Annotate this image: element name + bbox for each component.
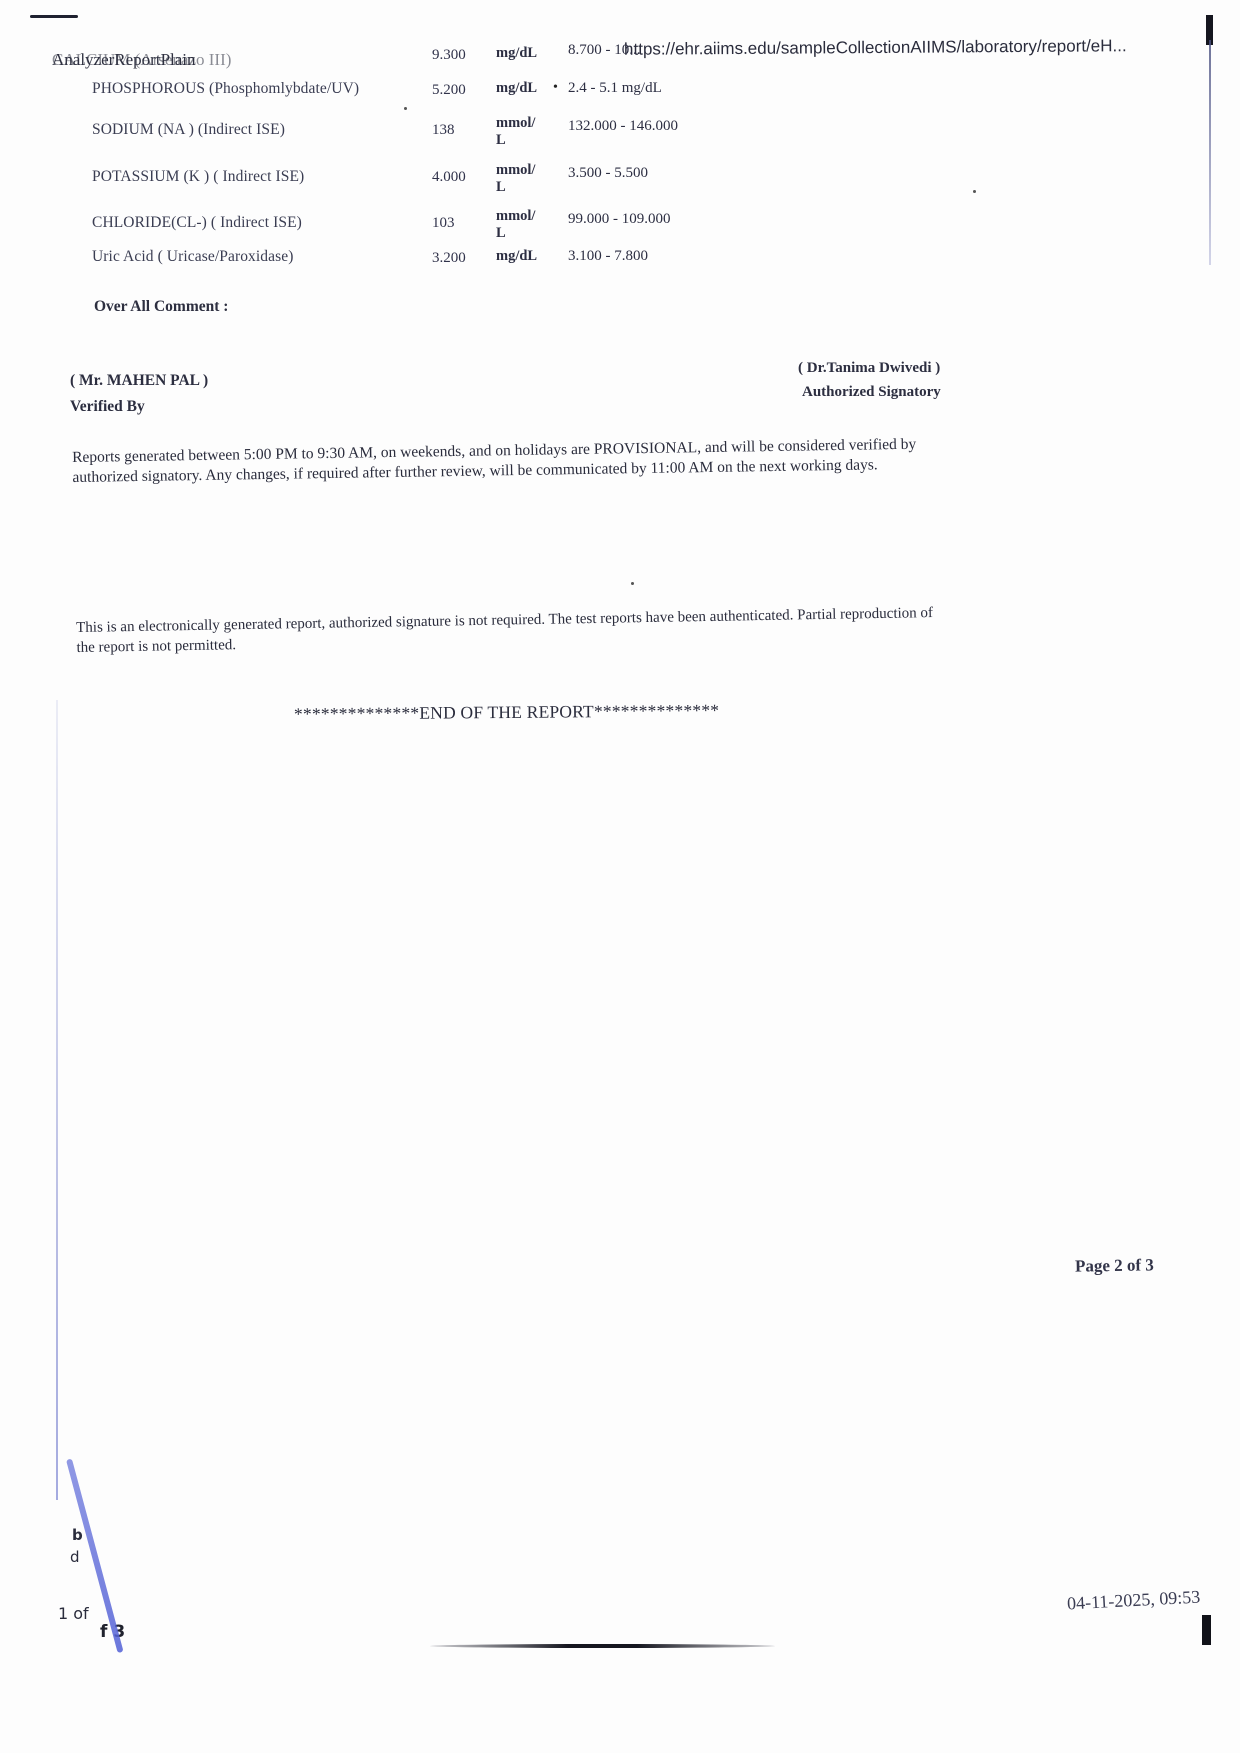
test-unit: mg/dL: [496, 45, 546, 62]
end-of-report-marker: **************END OF THE REPORT*********…: [294, 700, 719, 725]
test-unit: mmol/ L: [496, 115, 546, 149]
abnormal-flag-icon: •: [553, 80, 558, 96]
print-timestamp: 04-11-2025, 09:53: [1067, 1587, 1201, 1615]
test-name: POTASSIUM (K ) ( Indirect ISE): [92, 168, 304, 186]
reference-range: 3.100 - 7.800: [568, 248, 648, 265]
result-row: CHLORIDE(CL-) ( Indirect ISE)103mmol/ L9…: [0, 208, 1240, 248]
test-value: 138: [432, 122, 455, 139]
test-unit: mmol/ L: [496, 162, 546, 196]
underlying-page-fragment-d: d: [70, 1548, 80, 1566]
result-row: POTASSIUM (K ) ( Indirect ISE)4.000mmol/…: [0, 162, 1240, 202]
scan-edge-bottom-right: [1202, 1615, 1211, 1645]
test-name: PHOSPHOROUS (Phosphomlybdate/UV): [92, 80, 359, 98]
test-unit: mg/dL: [496, 80, 546, 97]
reference-range: 8.700 - 10...: [568, 42, 641, 59]
test-value: 5.200: [432, 82, 466, 99]
test-value: 103: [432, 215, 455, 232]
scan-speck: [631, 582, 634, 585]
reference-range: 3.500 - 5.500: [568, 165, 648, 182]
test-value: 4.000: [432, 169, 466, 186]
reference-range: 2.4 - 5.1 mg/dL: [568, 80, 662, 97]
overall-comment-label: Over All Comment :: [94, 298, 228, 316]
scan-speck: [404, 107, 407, 110]
test-name: Uric Acid ( Uricase/Paroxidase): [92, 248, 294, 266]
test-value: 3.200: [432, 250, 466, 267]
test-name: SODIUM (NA ) (Indirect ISE): [92, 121, 285, 139]
scan-edge-line-right: [1209, 40, 1211, 265]
signatory-role: Authorized Signatory: [802, 384, 941, 401]
test-unit: mg/dL: [496, 248, 546, 265]
electronic-report-note: This is an electronically generated repo…: [76, 603, 937, 658]
underlying-page-fragment-b: b: [72, 1526, 83, 1544]
signatory-name: ( Dr.Tanima Dwivedi ): [798, 360, 940, 377]
result-row: SODIUM (NA ) (Indirect ISE)138mmol/ L132…: [0, 115, 1240, 155]
provisional-note: Reports generated between 5:00 PM to 9:3…: [72, 434, 973, 488]
page-number: Page 2 of 3: [1075, 1255, 1154, 1276]
reference-range: 132.000 - 146.000: [568, 118, 678, 135]
result-row: 9.300mg/dL8.700 - 10...: [0, 45, 1240, 85]
verifier-role: Verified By: [70, 398, 145, 416]
result-row: PHOSPHOROUS (Phosphomlybdate/UV)5.200mg/…: [0, 80, 1240, 120]
scan-speck: [973, 190, 976, 193]
paper-edge-shadow: [56, 700, 58, 1500]
result-row: Uric Acid ( Uricase/Paroxidase)3.200mg/d…: [0, 248, 1240, 288]
test-name: CHLORIDE(CL-) ( Indirect ISE): [92, 214, 302, 232]
scan-edge-bottom: [430, 1644, 775, 1648]
test-unit: mmol/ L: [496, 208, 546, 242]
test-value: 9.300: [432, 47, 466, 64]
scan-edge-mark: [30, 15, 78, 18]
verifier-name: ( Mr. MAHEN PAL ): [70, 372, 208, 390]
reference-range: 99.000 - 109.000: [568, 211, 671, 228]
underlying-page-number: 1 of: [58, 1604, 89, 1623]
